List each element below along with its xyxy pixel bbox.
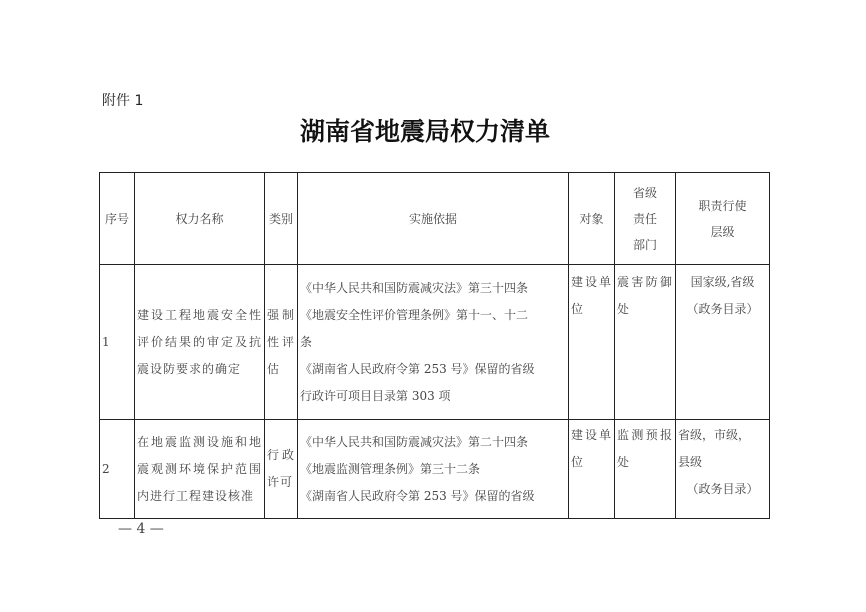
row-basis: 《中华人民共和国防震减灾法》第三十四条 《地震安全性评价管理条例》第十一、十二 … (298, 265, 569, 420)
table-row: 2 在地震监测设施和地震观测环境保护范围内进行工程建设核准 行政许可 《中华人民… (100, 420, 770, 519)
header-level-line2: 层级 (678, 219, 767, 245)
row-category: 强制性评估 (265, 265, 298, 420)
header-dept-line1: 省级 (617, 180, 673, 206)
header-target: 对象 (569, 173, 615, 265)
table-row: 1 建设工程地震安全性评价结果的审定及抗震设防要求的确定 强制性评估 《中华人民… (100, 265, 770, 420)
attachment-label: 附件 1 (102, 90, 143, 110)
row-index: 1 (100, 265, 135, 420)
header-dept-line3: 部门 (617, 232, 673, 258)
row-name: 在地震监测设施和地震观测环境保护范围内进行工程建设核准 (135, 420, 265, 519)
row-level: 国家级,省级 （政务目录） (676, 265, 770, 420)
basis-line: 《中华人民共和国防震减灾法》第二十四条 (300, 429, 566, 456)
level-line: 县级 (678, 449, 767, 476)
row-index: 2 (100, 420, 135, 519)
header-level: 职责行使 层级 (676, 173, 770, 265)
level-line: 省级，市级， (678, 422, 767, 449)
header-name: 权力名称 (135, 173, 265, 265)
table-header-row: 序号 权力名称 类别 实施依据 对象 省级 责任 部门 职责行使 层级 (100, 173, 770, 265)
header-index: 序号 (100, 173, 135, 265)
basis-line: 《地震安全性评价管理条例》第十一、十二 (300, 302, 566, 329)
row-target: 建设单位 (569, 420, 615, 519)
row-category: 行政许可 (265, 420, 298, 519)
header-dept-line2: 责任 (617, 206, 673, 232)
header-category: 类别 (265, 173, 298, 265)
basis-line: 《湖南省人民政府令第 253 号》保留的省级 (300, 356, 566, 383)
basis-line: 《地震监测管理条例》第三十二条 (300, 456, 566, 483)
row-basis: 《中华人民共和国防震减灾法》第二十四条 《地震监测管理条例》第三十二条 《湖南省… (298, 420, 569, 519)
power-list-table: 序号 权力名称 类别 实施依据 对象 省级 责任 部门 职责行使 层级 1 建设… (99, 172, 770, 519)
page-number: — 4 — (118, 521, 164, 537)
row-level: 省级，市级， 县级 （政务目录） (676, 420, 770, 519)
header-dept: 省级 责任 部门 (615, 173, 676, 265)
basis-line: 行政许可项目目录第 303 项 (300, 383, 566, 410)
level-line: （政务目录） (678, 476, 767, 503)
row-dept: 震害防御处 (615, 265, 676, 420)
level-line: 国家级,省级 (678, 269, 767, 296)
document-title: 湖南省地震局权力清单 (300, 112, 600, 148)
basis-line: 《中华人民共和国防震减灾法》第三十四条 (300, 275, 566, 302)
row-dept: 监测预报处 (615, 420, 676, 519)
row-name: 建设工程地震安全性评价结果的审定及抗震设防要求的确定 (135, 265, 265, 420)
header-level-line1: 职责行使 (678, 193, 767, 219)
row-target: 建设单位 (569, 265, 615, 420)
level-line: （政务目录） (678, 296, 767, 323)
header-basis: 实施依据 (298, 173, 569, 265)
basis-line: 条 (300, 329, 566, 356)
basis-line: 《湖南省人民政府令第 253 号》保留的省级 (300, 483, 566, 510)
